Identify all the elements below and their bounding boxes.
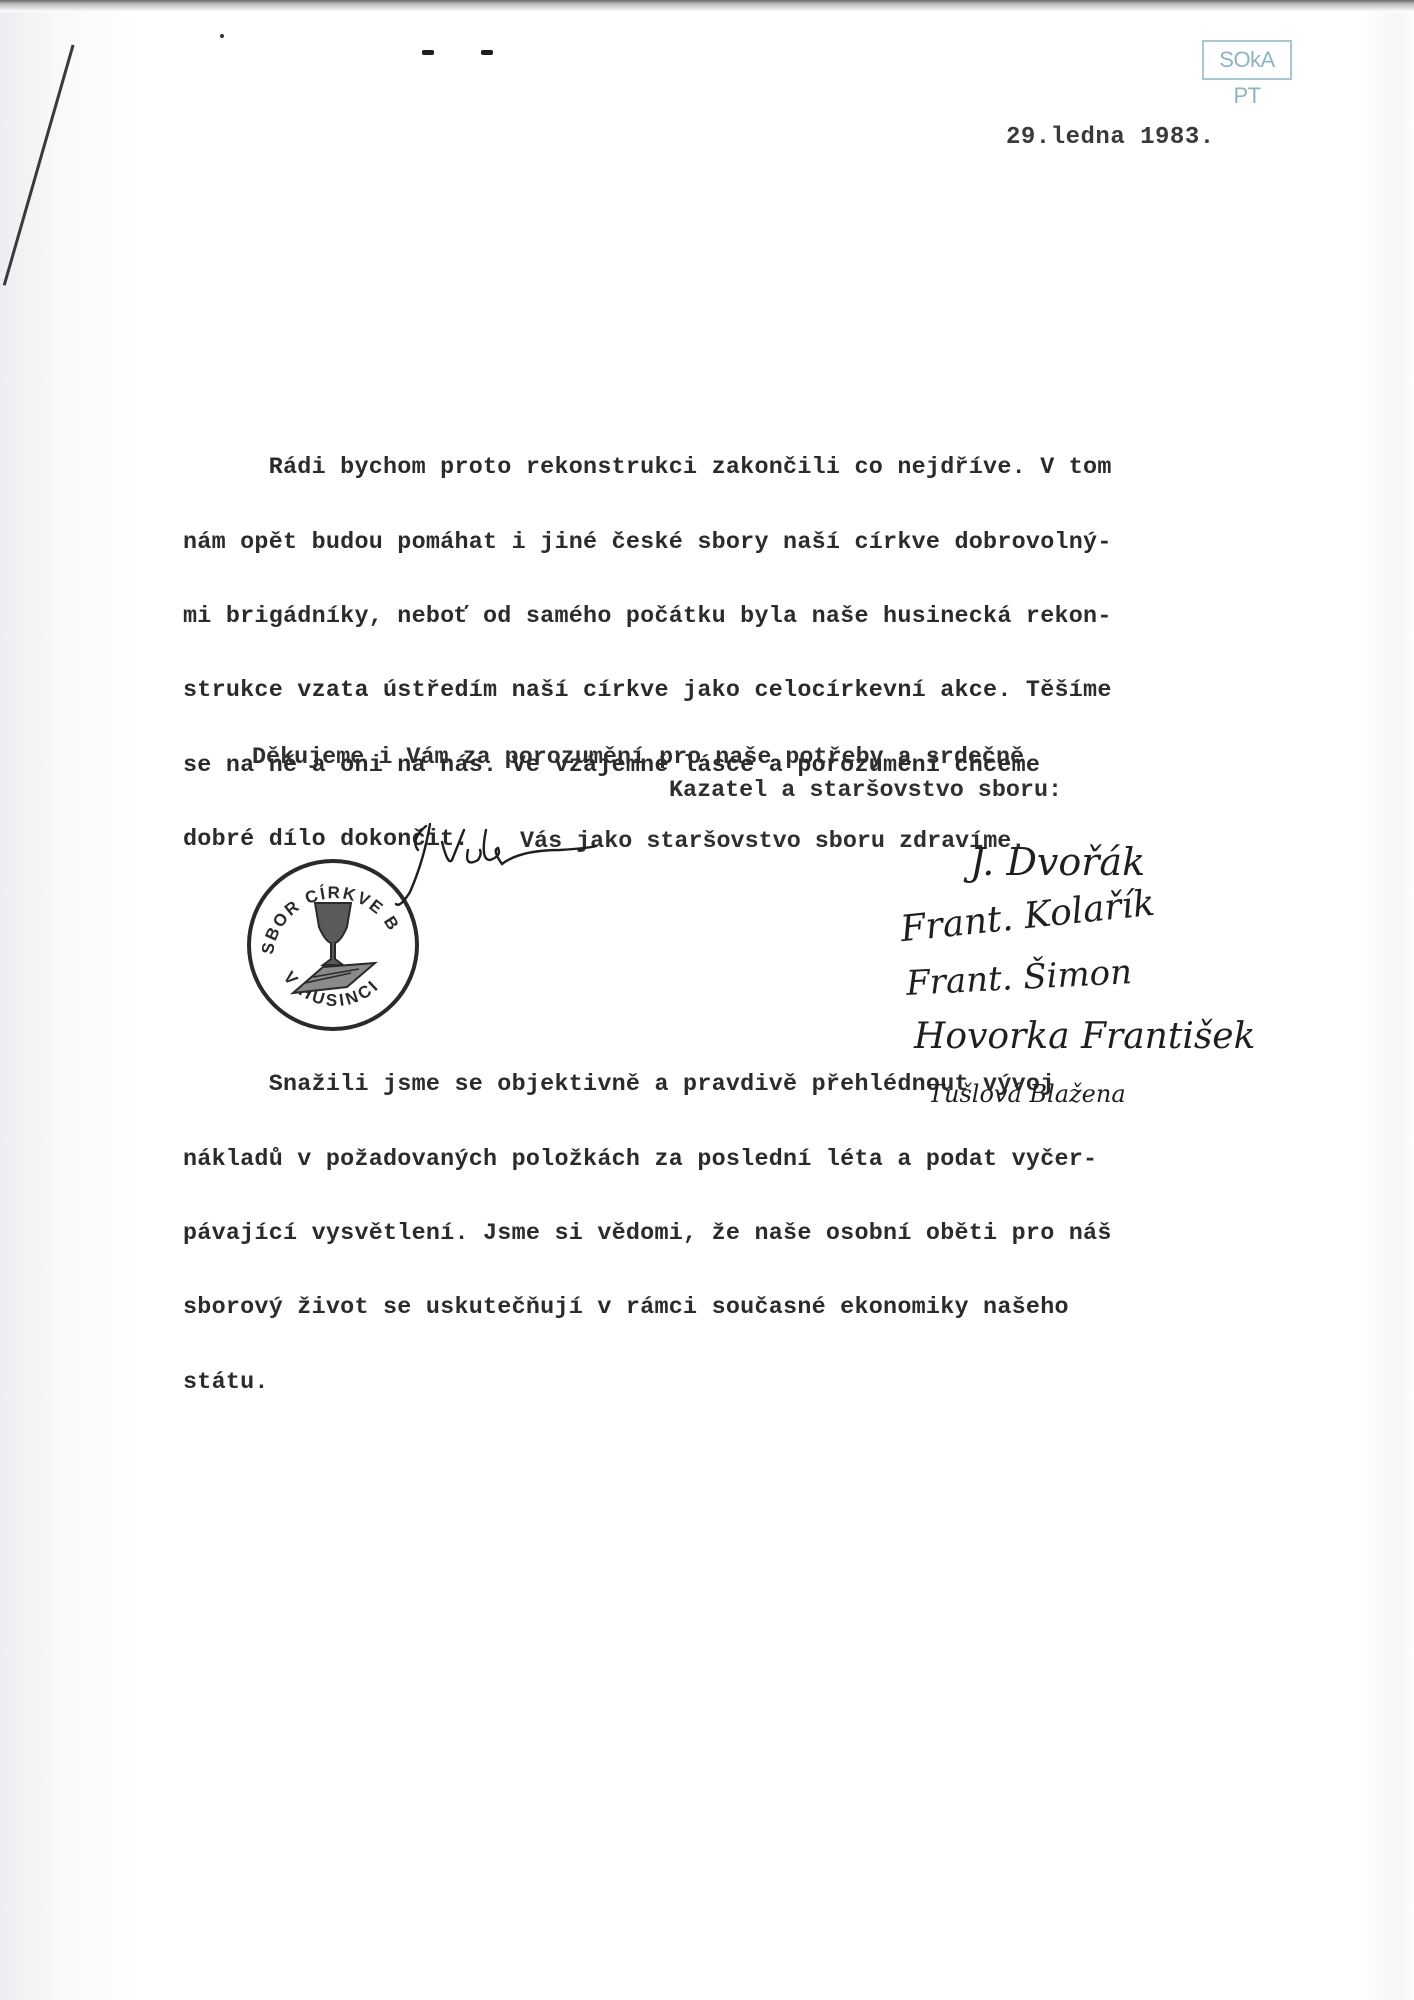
signoff-label: Kazatel a staršovstvo sboru: (669, 778, 1062, 804)
scan-top-edge (0, 0, 1414, 12)
ink-speck (220, 34, 224, 38)
text-line: státu. (183, 1371, 1283, 1396)
text-line: nám opět budou pomáhat i jiné české sbor… (183, 531, 1283, 556)
signature: Hovorka František (914, 1016, 1255, 1057)
letter-date: 29.ledna 1983. (1006, 124, 1215, 151)
text-line: sborový život se uskutečňují v rámci sou… (183, 1296, 1283, 1321)
chalice-and-book-icon (293, 903, 375, 993)
signature: Frant. Kolařík (899, 883, 1157, 950)
elder-signatures: J. Dvořák Frant. Kolařík Frant. Šimon Ho… (890, 840, 1290, 1120)
archive-stamp: SOkA PT (1202, 40, 1292, 80)
signature: J. Dvořák (970, 840, 1145, 884)
signature-left (390, 820, 600, 910)
margin-pen-line (3, 45, 75, 286)
closing-line-1: Děkujeme i Vám za porozumění pro naše po… (252, 744, 1025, 772)
signature: Tušlová Blažena (928, 1080, 1126, 1108)
text-line: pávající vysvětlení. Jsme si vědomi, že … (183, 1222, 1283, 1247)
page-number-dash-right (481, 50, 493, 55)
page-number-dash-left (422, 50, 434, 55)
text-line: mi brigádníky, neboť od samého počátku b… (183, 605, 1283, 630)
signature: Frant. Šimon (905, 952, 1133, 1004)
scanned-letter-page: SOkA PT 29.ledna 1983. Rádi bychom proto… (0, 0, 1414, 2000)
text-line: Rádi bychom proto rekonstrukci zakončili… (183, 456, 1283, 481)
text-line: nákladů v požadovaných položkách za posl… (183, 1148, 1283, 1173)
